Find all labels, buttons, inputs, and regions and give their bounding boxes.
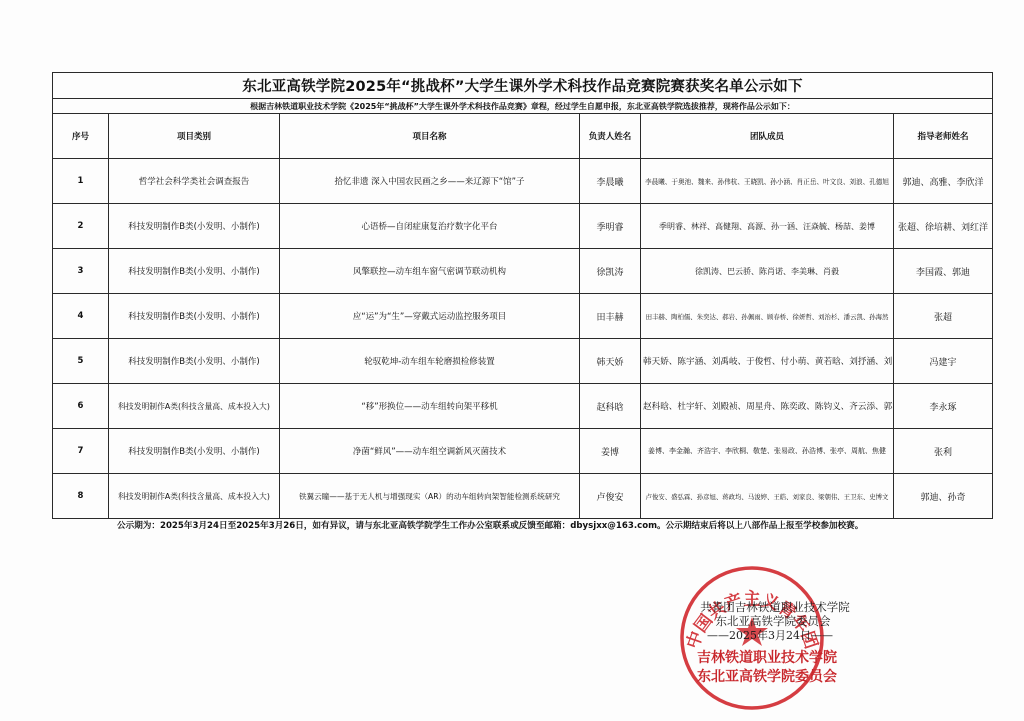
stamp-red-line-2: 东北亚高铁学院委员会 (682, 666, 852, 686)
cell-project: 应“运”为“生”—穿戴式运动监控服务项目 (280, 294, 580, 339)
table-row: 5 科技发明制作B类(小发明、小制作) 轮驭乾坤-动车组车轮磨损检修装置 韩天娇… (53, 339, 993, 384)
cell-team: 赵科晗、杜宇轩、刘殿祯、周星舟、陈奕政、陈钧义、齐云添、郭津豪 (641, 384, 894, 429)
cell-leader: 季明睿 (580, 204, 641, 249)
table-header-row: 序号 项目类别 项目名称 负责人姓名 团队成员 指导老师姓名 (53, 114, 993, 159)
header-advisors: 指导老师姓名 (894, 114, 993, 159)
header-seq: 序号 (53, 114, 109, 159)
cell-project: 拾忆非遗 深入中国农民画之乡——来辽源下“馆”子 (280, 159, 580, 204)
cell-seq: 6 (53, 384, 109, 429)
cell-category: 哲学社会科学类社会调查报告 (109, 159, 280, 204)
cell-leader: 韩天娇 (580, 339, 641, 384)
cell-project: 心语桥—自闭症康复治疗数字化平台 (280, 204, 580, 249)
header-team: 团队成员 (641, 114, 894, 159)
document-page: 东北亚高铁学院2025年“挑战杯”大学生课外学术科技作品竞赛院赛获奖名单公示如下… (0, 0, 1024, 721)
cell-project: 净菌“鲜风”——动车组空调新风灭菌技术 (280, 429, 580, 474)
cell-leader: 田丰赫 (580, 294, 641, 339)
cell-seq: 8 (53, 474, 109, 519)
cell-team: 李晨曦、于奥池、魏来、孙伟杭、王晓凯、孙小涵、肖正岳、叶文良、刘浪、孔德旭 (641, 159, 894, 204)
cell-team: 姜博、李金瀚、齐浩宇、李欣桐、敬楚、张易政、孙浩博、张亭、周航、焦健 (641, 429, 894, 474)
cell-project: 风擎联控—动车组车窗气密调节联动机构 (280, 249, 580, 294)
cell-category: 科技发明制作B类(小发明、小制作) (109, 429, 280, 474)
cell-team: 卢俊安、盛弘霖、孙彦旭、蒋政均、马浚婷、王皓、刘家良、梁朝伟、王卫东、史博文 (641, 474, 894, 519)
cell-team: 田丰赫、陶柏儒、朱奕达、郝岩、孙佩雨、顾春桥、徐妍哲、刘治杉、潘云凯、孙海然 (641, 294, 894, 339)
cell-advisors: 冯建宇 (894, 339, 993, 384)
cell-advisors: 郭迪、高雅、李欣洋 (894, 159, 993, 204)
cell-leader: 卢俊安 (580, 474, 641, 519)
cell-seq: 7 (53, 429, 109, 474)
cell-project: 铁翼云瞳——基于无人机与增强现实（AR）的动车组转向架智能检测系统研究 (280, 474, 580, 519)
cell-leader: 徐凯涛 (580, 249, 641, 294)
cell-advisors: 郭迪、孙奇 (894, 474, 993, 519)
header-category: 项目类别 (109, 114, 280, 159)
cell-category: 科技发明制作B类(小发明、小制作) (109, 249, 280, 294)
cell-advisors: 张超、徐培耕、刘红洋 (894, 204, 993, 249)
cell-category: 科技发明制作B类(小发明、小制作) (109, 294, 280, 339)
document-title: 东北亚高铁学院2025年“挑战杯”大学生课外学术科技作品竞赛院赛获奖名单公示如下 (53, 73, 993, 99)
stamp-date: ——2025年3月24日—— (690, 627, 850, 643)
cell-advisors: 张利 (894, 429, 993, 474)
table-row: 2 科技发明制作B类(小发明、小制作) 心语桥—自闭症康复治疗数字化平台 季明睿… (53, 204, 993, 249)
cell-seq: 2 (53, 204, 109, 249)
stamp-red-line-1: 吉林铁道职业技术学院 (682, 647, 852, 667)
cell-seq: 3 (53, 249, 109, 294)
table-row: 6 科技发明制作A类(科技含量高、成本投入大) “移”形换位——动车组转向架平移… (53, 384, 993, 429)
cell-team: 季明睿、林祥、高健翔、高源、孙一涵、汪焱毓、杨喆、姜博 (641, 204, 894, 249)
cell-seq: 1 (53, 159, 109, 204)
cell-leader: 李晨曦 (580, 159, 641, 204)
cell-advisors: 李永琢 (894, 384, 993, 429)
award-list-table: 东北亚高铁学院2025年“挑战杯”大学生课外学术科技作品竞赛院赛获奖名单公示如下… (52, 72, 993, 519)
cell-team: 韩天娇、陈宇涵、刘禹岐、于俊哲、付小萌、黄若晗、刘抒涵、刘昆朋 (641, 339, 894, 384)
table-row: 1 哲学社会科学类社会调查报告 拾忆非遗 深入中国农民画之乡——来辽源下“馆”子… (53, 159, 993, 204)
title-row: 东北亚高铁学院2025年“挑战杯”大学生课外学术科技作品竞赛院赛获奖名单公示如下 (53, 73, 993, 99)
document-subtitle: 根据吉林铁道职业技术学院《2025年“挑战杯”大学生课外学术科技作品竞赛》章程，… (53, 99, 993, 114)
cell-project: 轮驭乾坤-动车组车轮磨损检修装置 (280, 339, 580, 384)
cell-category: 科技发明制作B类(小发明、小制作) (109, 339, 280, 384)
cell-seq: 4 (53, 294, 109, 339)
publicity-footnote: 公示期为：2025年3月24日至2025年3月26日，如有异议，请与东北亚高铁学… (117, 519, 863, 531)
cell-team: 徐凯涛、巴云骄、陈肖诺、李美琳、肖毅 (641, 249, 894, 294)
cell-category: 科技发明制作B类(小发明、小制作) (109, 204, 280, 249)
table-row: 7 科技发明制作B类(小发明、小制作) 净菌“鲜风”——动车组空调新风灭菌技术 … (53, 429, 993, 474)
table-row: 3 科技发明制作B类(小发明、小制作) 风擎联控—动车组车窗气密调节联动机构 徐… (53, 249, 993, 294)
cell-leader: 姜博 (580, 429, 641, 474)
table-row: 8 科技发明制作A类(科技含量高、成本投入大) 铁翼云瞳——基于无人机与增强现实… (53, 474, 993, 519)
cell-advisors: 张超 (894, 294, 993, 339)
cell-seq: 5 (53, 339, 109, 384)
header-project: 项目名称 (280, 114, 580, 159)
cell-leader: 赵科晗 (580, 384, 641, 429)
cell-advisors: 李国霞、郭迪 (894, 249, 993, 294)
table-row: 4 科技发明制作B类(小发明、小制作) 应“运”为“生”—穿戴式运动监控服务项目… (53, 294, 993, 339)
cell-project: “移”形换位——动车组转向架平移机 (280, 384, 580, 429)
subtitle-row: 根据吉林铁道职业技术学院《2025年“挑战杯”大学生课外学术科技作品竞赛》章程，… (53, 99, 993, 114)
cell-category: 科技发明制作A类(科技含量高、成本投入大) (109, 474, 280, 519)
header-leader: 负责人姓名 (580, 114, 641, 159)
cell-category: 科技发明制作A类(科技含量高、成本投入大) (109, 384, 280, 429)
